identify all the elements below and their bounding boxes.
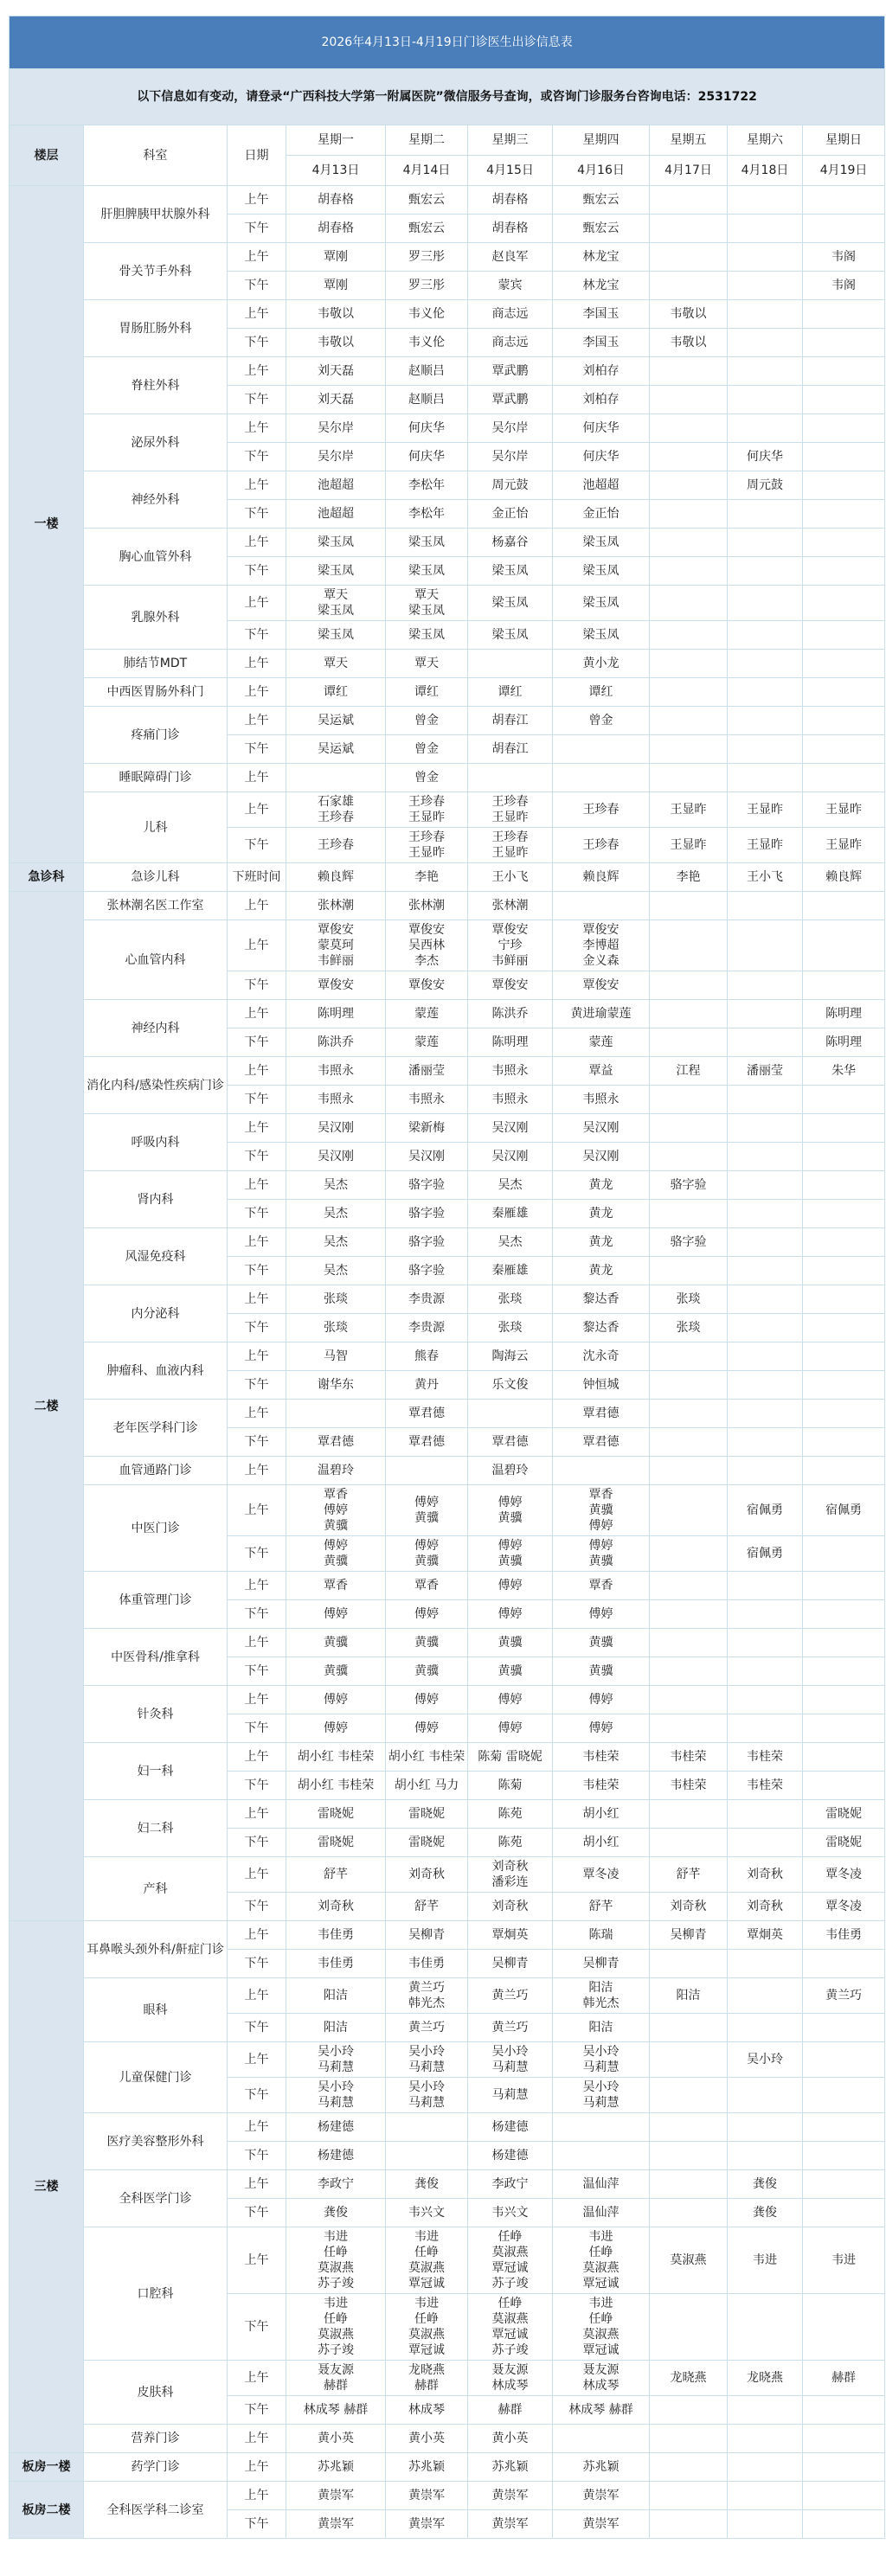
doctor-cell: 吴汉刚 bbox=[286, 1143, 386, 1171]
table-row: 骨关节手外科上午覃刚罗三彤赵良军林龙宝韦阁 bbox=[10, 243, 885, 272]
header-department: 科室 bbox=[84, 125, 228, 186]
doctor-cell: 傅婷 bbox=[286, 1714, 386, 1743]
doctor-cell bbox=[650, 1200, 728, 1228]
doctor-cell: 刘奇秋 bbox=[386, 1857, 468, 1893]
doctor-cell: 韦照永 bbox=[553, 1086, 650, 1114]
doctor-cell bbox=[728, 243, 803, 272]
doctor-cell bbox=[803, 2113, 885, 2142]
header-weekday: 星期五 bbox=[650, 125, 728, 156]
doctor-cell: 吴汉刚 bbox=[468, 1114, 553, 1143]
doctor-cell: 杨建德 bbox=[286, 2113, 386, 2142]
time-slot: 上午 bbox=[228, 529, 286, 557]
doctor-cell: 覃武鹏 bbox=[468, 386, 553, 414]
doctor-cell: 吴柳青 bbox=[386, 1921, 468, 1950]
time-slot: 上午 bbox=[228, 2227, 286, 2294]
doctor-cell bbox=[803, 1743, 885, 1772]
doctor-cell: 傅婷 黄骥 bbox=[386, 1485, 468, 1536]
doctor-cell bbox=[728, 300, 803, 329]
doctor-cell bbox=[650, 186, 728, 215]
doctor-cell bbox=[803, 329, 885, 357]
doctor-cell bbox=[650, 2170, 728, 2199]
doctor-cell: 苏兆颖 bbox=[553, 2453, 650, 2482]
doctor-cell bbox=[386, 2142, 468, 2170]
doctor-cell bbox=[650, 500, 728, 529]
department-name: 眼科 bbox=[84, 1978, 228, 2042]
time-slot: 上午 bbox=[228, 920, 286, 971]
time-slot: 上午 bbox=[228, 2042, 286, 2078]
doctor-cell bbox=[728, 386, 803, 414]
doctor-cell: 赵顺吕 bbox=[386, 386, 468, 414]
doctor-cell: 苏兆颖 bbox=[386, 2453, 468, 2482]
header-date-cell: 4月16日 bbox=[553, 156, 650, 186]
table-row: 妇二科上午雷晓妮雷晓妮陈苑胡小红雷晓妮 bbox=[10, 1800, 885, 1829]
doctor-cell: 黄小龙 bbox=[553, 650, 650, 678]
doctor-cell bbox=[650, 1629, 728, 1657]
doctor-cell: 刘奇秋 bbox=[728, 1893, 803, 1921]
time-slot: 上午 bbox=[228, 1114, 286, 1143]
doctor-cell: 傅婷 bbox=[468, 1600, 553, 1629]
table-row: 二楼张林潮名医工作室上午张林潮张林潮张林潮 bbox=[10, 892, 885, 920]
doctor-cell: 吴汉刚 bbox=[286, 1114, 386, 1143]
floor-label: 一楼 bbox=[10, 186, 84, 863]
doctor-cell: 吴运斌 bbox=[286, 707, 386, 735]
doctor-cell bbox=[728, 1629, 803, 1657]
doctor-cell: 吴汉刚 bbox=[386, 1143, 468, 1171]
doctor-cell: 韦敬以 bbox=[286, 300, 386, 329]
doctor-cell bbox=[803, 2396, 885, 2425]
doctor-cell: 蒙莲 bbox=[386, 1000, 468, 1028]
doctor-cell: 黄崇军 bbox=[386, 2510, 468, 2539]
doctor-cell: 乐文俊 bbox=[468, 1371, 553, 1400]
department-name: 全科医学科二诊室 bbox=[84, 2482, 228, 2539]
doctor-cell: 覃俊安 李博超 金义森 bbox=[553, 920, 650, 971]
doctor-cell bbox=[803, 1950, 885, 1978]
time-slot: 下午 bbox=[228, 1600, 286, 1629]
doctor-cell: 韦照永 bbox=[468, 1086, 553, 1114]
doctor-cell bbox=[286, 1400, 386, 1428]
doctor-cell bbox=[650, 1000, 728, 1028]
doctor-cell bbox=[728, 1829, 803, 1857]
doctor-cell: 覃君德 bbox=[468, 1428, 553, 1457]
doctor-cell bbox=[468, 1400, 553, 1428]
doctor-cell bbox=[553, 2425, 650, 2453]
doctor-cell: 杨建德 bbox=[468, 2142, 553, 2170]
table-row: 神经内科上午陈明理蒙莲陈洪乔黄进瑜蒙莲陈明理 bbox=[10, 1000, 885, 1028]
doctor-cell bbox=[728, 1086, 803, 1114]
doctor-cell bbox=[728, 1143, 803, 1171]
header-weekday: 星期二 bbox=[386, 125, 468, 156]
table-row: 血管通路门诊上午温碧玲温碧玲 bbox=[10, 1457, 885, 1485]
doctor-cell: 黄兰巧 bbox=[386, 2014, 468, 2042]
table-row: 产科上午舒芊刘奇秋刘奇秋 潘彩连覃冬凌舒芊刘奇秋覃冬凌 bbox=[10, 1857, 885, 1893]
doctor-cell: 王珍春 bbox=[553, 792, 650, 828]
doctor-cell: 陈苑 bbox=[468, 1800, 553, 1829]
time-slot: 上午 bbox=[228, 707, 286, 735]
time-slot: 下午 bbox=[228, 1536, 286, 1572]
doctor-cell: 阳洁 bbox=[286, 2014, 386, 2042]
doctor-cell: 马莉慧 bbox=[468, 2078, 553, 2113]
time-slot: 下午 bbox=[228, 1829, 286, 1857]
doctor-cell bbox=[650, 971, 728, 1000]
doctor-cell: 张琰 bbox=[650, 1314, 728, 1342]
doctor-cell bbox=[728, 2014, 803, 2042]
doctor-cell bbox=[728, 2482, 803, 2510]
table-row: 乳腺外科上午覃天 梁玉凤覃天 梁玉凤梁玉凤梁玉凤 bbox=[10, 586, 885, 621]
time-slot: 上午 bbox=[228, 1400, 286, 1428]
doctor-cell bbox=[728, 1028, 803, 1057]
doctor-cell bbox=[728, 586, 803, 621]
floor-label: 二楼 bbox=[10, 892, 84, 1921]
doctor-cell: 王显昨 bbox=[728, 792, 803, 828]
doctor-cell: 黄兰巧 bbox=[468, 1978, 553, 2014]
doctor-cell: 吴汉刚 bbox=[553, 1114, 650, 1143]
header-weekday: 星期三 bbox=[468, 125, 553, 156]
time-slot: 下午 bbox=[228, 1772, 286, 1800]
doctor-cell: 梁玉凤 bbox=[468, 621, 553, 650]
doctor-cell: 阳洁 bbox=[553, 2014, 650, 2042]
doctor-cell: 龙晓燕 bbox=[728, 2361, 803, 2396]
doctor-cell: 覃君德 bbox=[386, 1428, 468, 1457]
department-name: 呼吸内科 bbox=[84, 1114, 228, 1171]
doctor-cell: 龚俊 bbox=[728, 2170, 803, 2199]
doctor-cell bbox=[803, 500, 885, 529]
doctor-cell: 黄骥 bbox=[468, 1629, 553, 1657]
table-row: 肺结节MDT上午覃天覃天黄小龙 bbox=[10, 650, 885, 678]
doctor-cell: 温碧玲 bbox=[286, 1457, 386, 1485]
doctor-cell bbox=[803, 529, 885, 557]
doctor-cell: 曾金 bbox=[386, 707, 468, 735]
doctor-cell: 陈明理 bbox=[468, 1028, 553, 1057]
header-date-cell: 4月17日 bbox=[650, 156, 728, 186]
doctor-cell: 吴柳青 bbox=[553, 1950, 650, 1978]
doctor-cell: 杨建德 bbox=[286, 2142, 386, 2170]
doctor-cell bbox=[728, 1457, 803, 1485]
doctor-cell bbox=[553, 892, 650, 920]
doctor-cell bbox=[286, 764, 386, 792]
doctor-cell bbox=[728, 1171, 803, 1200]
doctor-cell: 林龙宝 bbox=[553, 272, 650, 300]
doctor-cell bbox=[650, 1572, 728, 1600]
doctor-cell: 韦照永 bbox=[386, 1086, 468, 1114]
floor-label: 急诊科 bbox=[10, 863, 84, 892]
doctor-cell bbox=[650, 1400, 728, 1428]
table-row: 老年医学科门诊上午覃君德覃君德 bbox=[10, 1400, 885, 1428]
time-slot: 上午 bbox=[228, 1686, 286, 1714]
doctor-cell: 韦照永 bbox=[286, 1086, 386, 1114]
doctor-cell bbox=[728, 357, 803, 386]
doctor-cell: 韦桂荣 bbox=[650, 1743, 728, 1772]
doctor-cell: 梁新梅 bbox=[386, 1114, 468, 1143]
doctor-cell bbox=[728, 707, 803, 735]
doctor-cell bbox=[650, 1800, 728, 1829]
doctor-cell: 曾金 bbox=[386, 764, 468, 792]
doctor-cell bbox=[803, 2078, 885, 2113]
time-slot: 上午 bbox=[228, 792, 286, 828]
table-row: 睡眠障碍门诊上午曾金 bbox=[10, 764, 885, 792]
table-row: 泌尿外科上午吴尔岸何庆华吴尔岸何庆华 bbox=[10, 414, 885, 443]
time-slot: 上午 bbox=[228, 586, 286, 621]
doctor-cell bbox=[650, 707, 728, 735]
doctor-cell: 骆字验 bbox=[650, 1228, 728, 1257]
doctor-cell: 覃香 黄骥 傅婷 bbox=[553, 1485, 650, 1536]
table-row: 胃肠肛肠外科上午韦敬以韦义伦商志远李国玉韦敬以 bbox=[10, 300, 885, 329]
doctor-cell bbox=[728, 1285, 803, 1314]
doctor-cell bbox=[650, 1114, 728, 1143]
doctor-cell: 吴柳青 bbox=[468, 1950, 553, 1978]
time-slot: 下午 bbox=[228, 557, 286, 586]
doctor-cell bbox=[650, 2396, 728, 2425]
doctor-cell: 黄崇军 bbox=[386, 2482, 468, 2510]
time-slot: 下午 bbox=[228, 1657, 286, 1686]
doctor-cell bbox=[650, 2510, 728, 2539]
doctor-cell: 覃俊安 吴西林 李杰 bbox=[386, 920, 468, 971]
doctor-cell: 韦兴文 bbox=[386, 2199, 468, 2227]
doctor-cell bbox=[650, 2453, 728, 2482]
doctor-cell bbox=[650, 1714, 728, 1743]
department-name: 全科医学门诊 bbox=[84, 2170, 228, 2227]
doctor-cell: 罗三彤 bbox=[386, 243, 468, 272]
doctor-cell: 林成琴 bbox=[386, 2396, 468, 2425]
doctor-cell: 甄宏云 bbox=[553, 215, 650, 243]
table-row: 营养门诊上午黄小英黄小英黄小英 bbox=[10, 2425, 885, 2453]
doctor-cell: 覃天 梁玉凤 bbox=[386, 586, 468, 621]
doctor-cell: 覃冬凌 bbox=[803, 1893, 885, 1921]
time-slot: 上午 bbox=[228, 1457, 286, 1485]
doctor-cell: 覃君德 bbox=[386, 1400, 468, 1428]
doctor-cell: 马智 bbox=[286, 1342, 386, 1371]
doctor-cell: 傅婷 bbox=[468, 1572, 553, 1600]
department-name: 中医门诊 bbox=[84, 1485, 228, 1572]
table-row: 内分泌科上午张琰李贵源张琰黎达香张琰 bbox=[10, 1285, 885, 1314]
doctor-cell: 黄崇军 bbox=[286, 2510, 386, 2539]
doctor-cell bbox=[803, 1428, 885, 1457]
doctor-cell bbox=[803, 2042, 885, 2078]
doctor-cell: 胡小红 马力 bbox=[386, 1772, 468, 1800]
doctor-cell: 王珍春 bbox=[286, 828, 386, 863]
doctor-cell bbox=[728, 1257, 803, 1285]
doctor-cell: 刘奇秋 bbox=[650, 1893, 728, 1921]
doctor-cell: 宿佩勇 bbox=[728, 1485, 803, 1536]
time-slot: 上午 bbox=[228, 1285, 286, 1314]
doctor-cell: 刘奇秋 潘彩连 bbox=[468, 1857, 553, 1893]
table-row: 三楼耳鼻喉头颈外科/鼾症门诊上午韦佳勇吴柳青覃炯英陈瑞吴柳青覃炯英韦佳勇 bbox=[10, 1921, 885, 1950]
doctor-cell: 刘天磊 bbox=[286, 386, 386, 414]
doctor-cell: 刘天磊 bbox=[286, 357, 386, 386]
doctor-cell bbox=[728, 735, 803, 764]
doctor-cell: 吴杰 bbox=[286, 1228, 386, 1257]
header-date-cell: 4月18日 bbox=[728, 156, 803, 186]
doctor-cell bbox=[803, 971, 885, 1000]
doctor-cell bbox=[553, 2142, 650, 2170]
department-name: 疼痛门诊 bbox=[84, 707, 228, 764]
time-slot: 上午 bbox=[228, 414, 286, 443]
doctor-cell: 商志远 bbox=[468, 300, 553, 329]
doctor-cell: 阳洁 bbox=[650, 1978, 728, 2014]
doctor-cell: 骆字验 bbox=[386, 1200, 468, 1228]
doctor-cell: 覃俊安 bbox=[553, 971, 650, 1000]
header-floor: 楼层 bbox=[10, 125, 84, 186]
doctor-cell: 吴尔岸 bbox=[468, 414, 553, 443]
time-slot: 下午 bbox=[228, 2199, 286, 2227]
department-name: 药学门诊 bbox=[84, 2453, 228, 2482]
doctor-cell: 刘奇秋 bbox=[468, 1893, 553, 1921]
doctor-cell bbox=[650, 2482, 728, 2510]
department-name: 张林潮名医工作室 bbox=[84, 892, 228, 920]
schedule-table: 2026年4月13日-4月19日门诊医生出诊信息表 以下信息如有变动，请登录“广… bbox=[9, 16, 885, 2539]
time-slot: 下午 bbox=[228, 1893, 286, 1921]
table-row: 一楼肝胆脾胰甲状腺外科上午胡春格甄宏云胡春格甄宏云 bbox=[10, 186, 885, 215]
doctor-cell: 韦佳勇 bbox=[386, 1950, 468, 1978]
doctor-cell: 谭红 bbox=[553, 678, 650, 707]
doctor-cell: 梁玉凤 bbox=[553, 586, 650, 621]
time-slot: 下午 bbox=[228, 1086, 286, 1114]
doctor-cell: 王显昨 bbox=[803, 792, 885, 828]
doctor-cell: 任峥 莫淑燕 覃冠诚 苏子竣 bbox=[468, 2227, 553, 2294]
time-slot: 上午 bbox=[228, 1572, 286, 1600]
doctor-cell: 张琰 bbox=[286, 1285, 386, 1314]
doctor-cell: 刘奇秋 bbox=[728, 1857, 803, 1893]
doctor-cell bbox=[728, 529, 803, 557]
doctor-cell: 雷晓妮 bbox=[386, 1800, 468, 1829]
doctor-cell: 梁玉凤 bbox=[286, 557, 386, 586]
doctor-cell: 梁玉凤 bbox=[553, 621, 650, 650]
doctor-cell: 傅婷 bbox=[468, 1714, 553, 1743]
doctor-cell bbox=[803, 892, 885, 920]
doctor-cell: 覃俊安 bbox=[286, 971, 386, 1000]
table-row: 心血管内科上午覃俊安 蒙莫珂 韦鲜丽覃俊安 吴西林 李杰覃俊安 宁珍 韦鲜丽覃俊… bbox=[10, 920, 885, 971]
doctor-cell bbox=[728, 2510, 803, 2539]
doctor-cell: 赵良军 bbox=[468, 243, 553, 272]
doctor-cell bbox=[803, 1200, 885, 1228]
table-row: 针灸科上午傅婷傅婷傅婷傅婷 bbox=[10, 1686, 885, 1714]
doctor-cell: 韦进 任峥 莫淑燕 苏子竣 bbox=[286, 2294, 386, 2361]
doctor-cell: 吴杰 bbox=[286, 1200, 386, 1228]
doctor-cell: 陶海云 bbox=[468, 1342, 553, 1371]
doctor-cell: 韦桂荣 bbox=[650, 1772, 728, 1800]
doctor-cell: 李贵源 bbox=[386, 1314, 468, 1342]
doctor-cell: 黄骥 bbox=[386, 1657, 468, 1686]
doctor-cell: 熊春 bbox=[386, 1342, 468, 1371]
doctor-cell: 王显昨 bbox=[803, 828, 885, 863]
doctor-cell: 傅婷 黄骥 bbox=[468, 1485, 553, 1536]
doctor-cell bbox=[803, 443, 885, 471]
doctor-cell: 韦敬以 bbox=[650, 329, 728, 357]
doctor-cell bbox=[728, 1228, 803, 1257]
doctor-cell: 黄小英 bbox=[468, 2425, 553, 2453]
table-row: 皮肤科上午聂友源 赫群龙晓燕 赫群聂友源 林成琴聂友源 林成琴龙晓燕龙晓燕赫群 bbox=[10, 2361, 885, 2396]
time-slot: 上午 bbox=[228, 1857, 286, 1893]
department-name: 口腔科 bbox=[84, 2227, 228, 2361]
doctor-cell: 苏兆颖 bbox=[286, 2453, 386, 2482]
table-row: 板房一楼药学门诊上午苏兆颖苏兆颖苏兆颖苏兆颖 bbox=[10, 2453, 885, 2482]
doctor-cell: 赫群 bbox=[468, 2396, 553, 2425]
doctor-cell: 江程 bbox=[650, 1057, 728, 1086]
doctor-cell bbox=[650, 1143, 728, 1171]
doctor-cell bbox=[803, 735, 885, 764]
doctor-cell: 黄骥 bbox=[286, 1629, 386, 1657]
doctor-cell bbox=[803, 1371, 885, 1400]
doctor-cell: 韦进 任峥 莫淑燕 覃冠诚 bbox=[553, 2294, 650, 2361]
time-slot: 上午 bbox=[228, 1342, 286, 1371]
doctor-cell bbox=[803, 1400, 885, 1428]
department-name: 儿童保健门诊 bbox=[84, 2042, 228, 2113]
time-slot: 上午 bbox=[228, 357, 286, 386]
doctor-cell bbox=[803, 920, 885, 971]
header-weekday: 星期四 bbox=[553, 125, 650, 156]
time-slot: 上午 bbox=[228, 1629, 286, 1657]
doctor-cell: 傅婷 bbox=[553, 1600, 650, 1629]
doctor-cell: 张林潮 bbox=[468, 892, 553, 920]
doctor-cell: 韦义伦 bbox=[386, 329, 468, 357]
doctor-cell: 胡春江 bbox=[468, 707, 553, 735]
doctor-cell: 覃炯英 bbox=[728, 1921, 803, 1950]
department-name: 睡眠障碍门诊 bbox=[84, 764, 228, 792]
doctor-cell bbox=[553, 2113, 650, 2142]
doctor-cell: 赵顺吕 bbox=[386, 357, 468, 386]
page-title: 2026年4月13日-4月19日门诊医生出诊信息表 bbox=[10, 16, 885, 69]
time-slot: 下午 bbox=[228, 971, 286, 1000]
doctor-cell: 黄崇军 bbox=[553, 2482, 650, 2510]
doctor-cell bbox=[553, 1457, 650, 1485]
doctor-cell bbox=[650, 1257, 728, 1285]
doctor-cell bbox=[803, 2014, 885, 2042]
doctor-cell: 张琰 bbox=[286, 1314, 386, 1342]
department-name: 消化内科/感染性疾病门诊 bbox=[84, 1057, 228, 1114]
doctor-cell: 秦雁雄 bbox=[468, 1200, 553, 1228]
doctor-cell bbox=[803, 1143, 885, 1171]
table-row: 消化内科/感染性疾病门诊上午韦照永潘丽莹韦照永覃益江程潘丽莹朱华 bbox=[10, 1057, 885, 1086]
doctor-cell: 陈明理 bbox=[803, 1028, 885, 1057]
time-slot: 上午 bbox=[228, 1800, 286, 1829]
doctor-cell bbox=[650, 2294, 728, 2361]
doctor-cell: 赖良辉 bbox=[286, 863, 386, 892]
floor-label: 三楼 bbox=[10, 1921, 84, 2453]
doctor-cell: 黄骥 bbox=[386, 1629, 468, 1657]
doctor-cell bbox=[803, 2294, 885, 2361]
doctor-cell: 周元鼓 bbox=[468, 471, 553, 500]
doctor-cell: 石家雄 王珍春 bbox=[286, 792, 386, 828]
doctor-cell: 何庆华 bbox=[728, 443, 803, 471]
doctor-cell bbox=[728, 1800, 803, 1829]
department-name: 医疗美容整形外科 bbox=[84, 2113, 228, 2170]
doctor-cell bbox=[728, 1950, 803, 1978]
table-row: 全科医学门诊上午李政宁龚俊李政宁温仙萍龚俊 bbox=[10, 2170, 885, 2199]
header-weekday: 星期一 bbox=[286, 125, 386, 156]
doctor-cell: 梁玉凤 bbox=[553, 529, 650, 557]
doctor-cell bbox=[728, 500, 803, 529]
doctor-cell: 吴柳青 bbox=[650, 1921, 728, 1950]
doctor-cell: 覃君德 bbox=[286, 1428, 386, 1457]
time-slot: 下午 bbox=[228, 443, 286, 471]
doctor-cell bbox=[728, 1600, 803, 1629]
table-row: 体重管理门诊上午覃香覃香傅婷覃香 bbox=[10, 1572, 885, 1600]
doctor-cell: 覃冬凌 bbox=[803, 1857, 885, 1893]
doctor-cell bbox=[386, 1457, 468, 1485]
doctor-cell: 吴小玲 马莉慧 bbox=[553, 2078, 650, 2113]
time-slot: 下午 bbox=[228, 1714, 286, 1743]
time-slot: 下午 bbox=[228, 329, 286, 357]
doctor-cell: 雷晓妮 bbox=[286, 1829, 386, 1857]
time-slot: 上午 bbox=[228, 1228, 286, 1257]
doctor-cell bbox=[728, 1714, 803, 1743]
time-slot: 上午 bbox=[228, 1485, 286, 1536]
department-name: 中西医胃肠外科门 bbox=[84, 678, 228, 707]
time-slot: 下午 bbox=[228, 1143, 286, 1171]
doctor-cell: 黄龙 bbox=[553, 1200, 650, 1228]
time-slot: 下午 bbox=[228, 1371, 286, 1400]
doctor-cell: 谭红 bbox=[386, 678, 468, 707]
time-slot: 下午 bbox=[228, 2510, 286, 2539]
